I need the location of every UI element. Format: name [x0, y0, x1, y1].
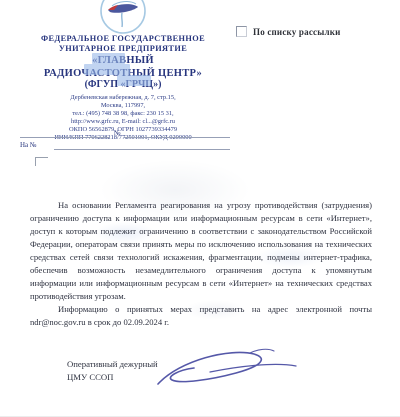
addressee-corner-mark	[35, 157, 48, 166]
phone-fax-line: тел.: (495) 748 38 98, факс: 230 15 31,	[16, 110, 230, 117]
distribution-list-field: По списку рассылки	[236, 26, 340, 37]
outgoing-number-row: №	[20, 128, 230, 139]
body-paragraph-2: Информацию о принятых мерах представить …	[30, 303, 372, 329]
handwritten-signature	[150, 346, 300, 404]
grchc-logo-emblem-icon	[98, 0, 148, 36]
highlight-redaction	[92, 53, 125, 64]
in-reply-blank-line	[54, 140, 230, 150]
number-symbol: №	[114, 129, 121, 137]
address-line1: Дербеневская набережная, д. 7, стр.15,	[16, 94, 230, 101]
number-blank-line	[124, 128, 230, 138]
letterhead: ФЕДЕРАЛЬНОЕ ГОСУДАРСТВЕННОЕ УНИТАРНОЕ ПР…	[16, 34, 230, 141]
distribution-checkbox[interactable]	[236, 26, 247, 37]
address-line2: Москва, 117997,	[16, 102, 230, 109]
signer-position-line2: ЦМУ ССОП	[67, 371, 158, 384]
signer-position-line1: Оперативный дежурный	[67, 358, 158, 371]
letter-body: На основании Регламента реагирования на …	[30, 199, 372, 329]
scanned-letter-page: ФЕДЕРАЛЬНОЕ ГОСУДАРСТВЕННОЕ УНИТАРНОЕ ПР…	[0, 0, 400, 417]
highlight-redaction	[117, 75, 151, 86]
org-type-line1: ФЕДЕРАЛЬНОЕ ГОСУДАРСТВЕННОЕ	[16, 34, 230, 44]
in-reply-label: На №	[20, 141, 37, 149]
web-email-line: http://www.grfc.ru, E-mail: cl...@grfc.r…	[16, 118, 230, 125]
date-blank-line	[20, 128, 110, 138]
distribution-checkbox-label: По списку рассылки	[253, 27, 340, 37]
body-paragraph-1: На основании Регламента реагирования на …	[30, 199, 372, 303]
signer-title-block: Оперативный дежурный ЦМУ ССОП	[67, 358, 158, 383]
highlight-redaction	[84, 64, 130, 75]
in-reply-row: На №	[20, 140, 230, 151]
